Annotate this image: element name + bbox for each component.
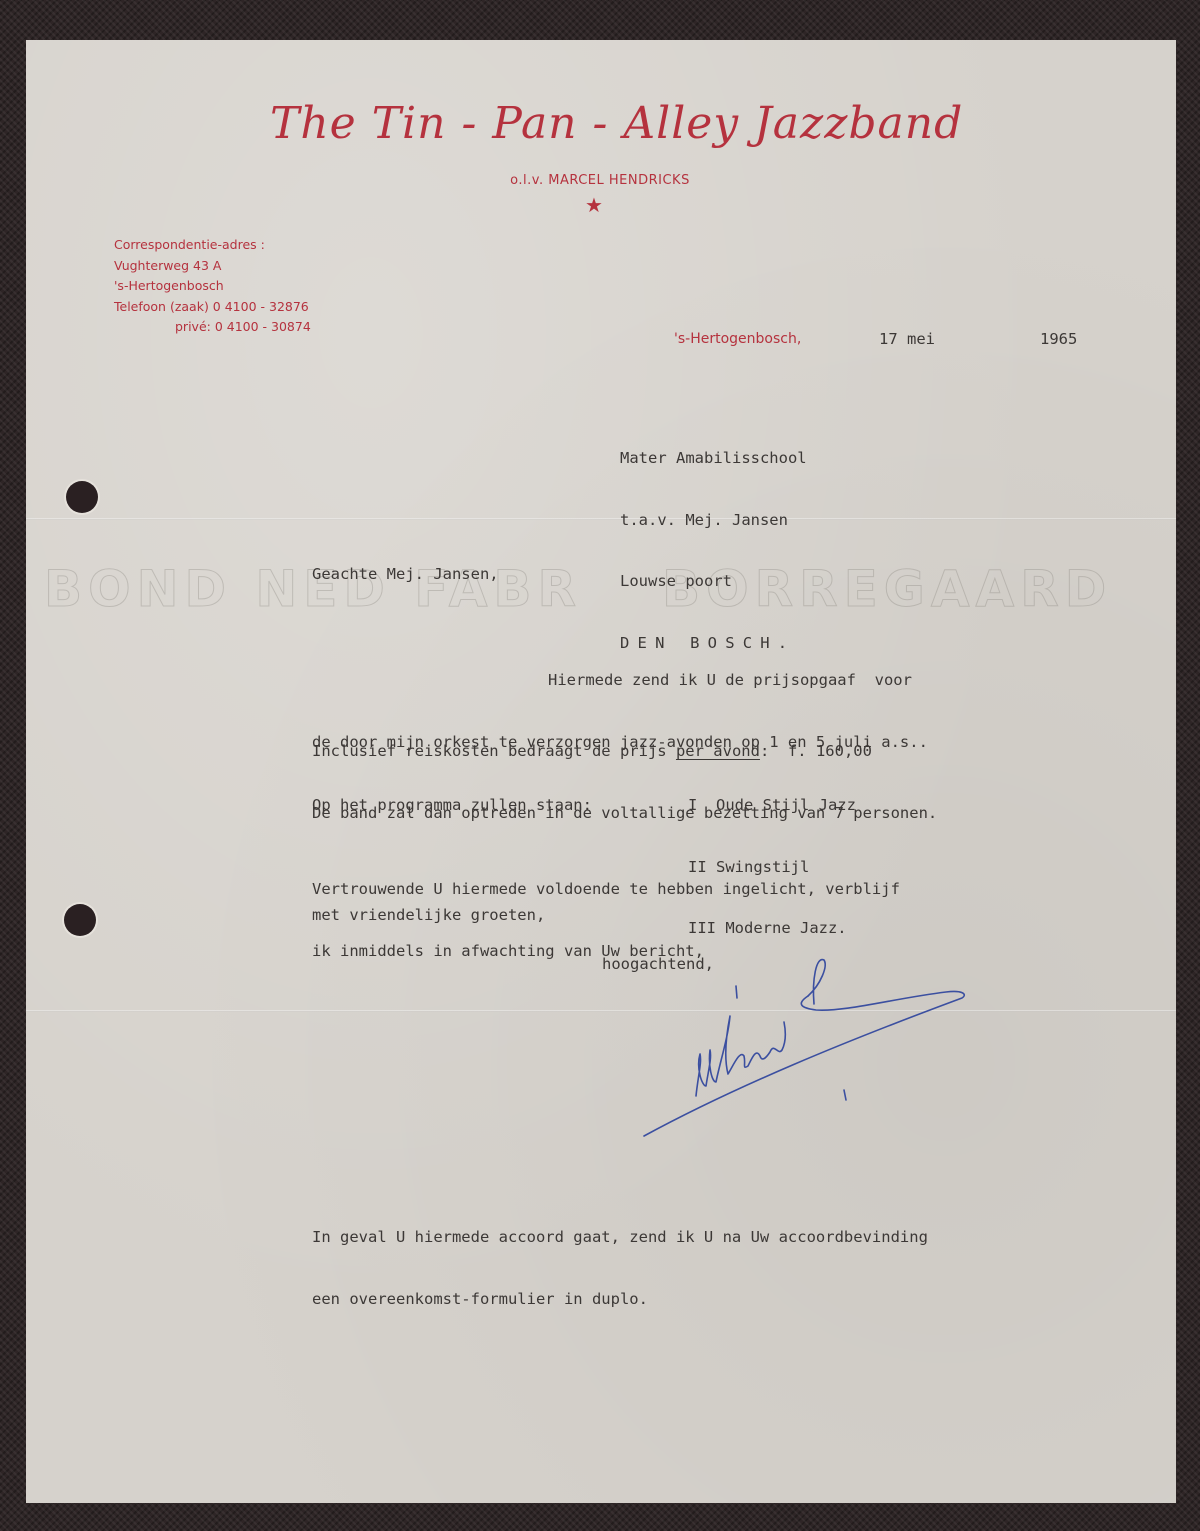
fold-line (26, 1010, 1176, 1012)
dateline: 's-Hertogenbosch, 17 mei 1965 (674, 330, 1094, 352)
punch-hole (64, 904, 96, 936)
programme-intro: Op het programma zullen staan: (312, 795, 592, 816)
contact-phone-private: privé: 0 4100 - 30874 (114, 317, 311, 338)
recipient-line: t.a.v. Mej. Jansen (620, 510, 807, 531)
contact-street: Vughterweg 43 A (114, 256, 311, 277)
paragraph-line: In geval U hiermede accoord gaat, zend i… (312, 1227, 928, 1248)
fold-line (26, 518, 1176, 520)
recipient-line: Mater Amabilisschool (620, 448, 807, 469)
contact-phone-business: Telefoon (zaak) 0 4100 - 32876 (114, 297, 311, 318)
contact-block: Correspondentie-adres : Vughterweg 43 A … (114, 235, 311, 338)
paragraph-line: Vertrouwende U hiermede voldoende te heb… (312, 879, 900, 900)
programme-item: I Oude Stijl Jazz (688, 795, 856, 816)
closing-greeting: met vriendelijke groeten, (312, 905, 545, 926)
postscript: In geval U hiermede accoord gaat, zend i… (312, 1186, 928, 1350)
dateline-year: 1965 (1040, 330, 1077, 348)
signature-icon (616, 946, 976, 1146)
dateline-day-month: 17 mei (879, 330, 935, 348)
recipient-line: Louwse poort (620, 571, 807, 592)
paragraph-line: een overeenkomst-formulier in duplo. (312, 1289, 928, 1310)
paragraph-line: Hiermede zend ik U de prijsopgaaf voor (312, 670, 928, 691)
dateline-place: 's-Hertogenbosch, (674, 331, 801, 347)
contact-label: Correspondentie-adres : (114, 235, 311, 256)
salutation: Geachte Mej. Jansen, (312, 564, 499, 585)
letterhead-title: The Tin - Pan - Alley Jazzband (270, 98, 930, 149)
star-icon: ★ (584, 193, 604, 217)
punch-hole (66, 481, 98, 513)
contact-city: 's-Hertogenbosch (114, 276, 311, 297)
letter-paper: BOND NED FABR BORREGAARD The Tin - Pan -… (26, 40, 1176, 1503)
letterhead-subtitle: o.l.v. MARCEL HENDRICKS (400, 173, 800, 188)
